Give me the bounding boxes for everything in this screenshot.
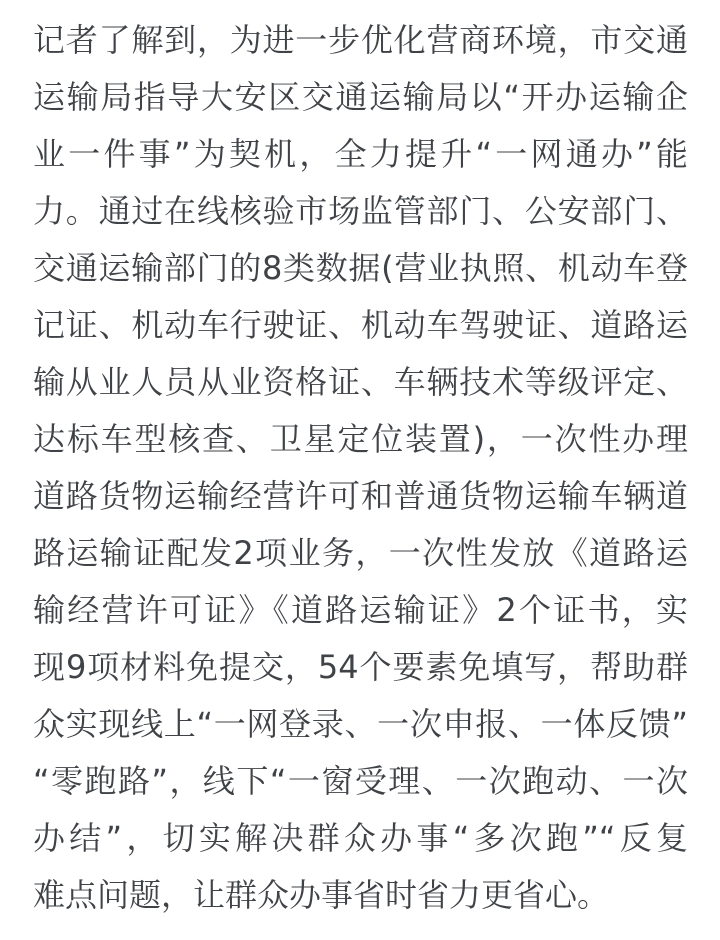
text-line: 交通运输部门的8类数据(营业执照、机动车登 xyxy=(33,240,688,297)
text-line: 输经营许可证》《道路运输证》2个证书，实 xyxy=(33,582,688,639)
text-line: 输从业人员从业资格证、车辆技术等级评定、 xyxy=(33,354,688,411)
text-line: 道路货物运输经营许可和普通货物运输车辆道 xyxy=(33,468,688,525)
article-body: 记者了解到，为进一步优化营商环境，市交通 运输局指导大安区交通运输局以“开办运输… xyxy=(0,0,720,924)
text-line: 达标车型核查、卫星定位装置)，一次性办理 xyxy=(33,411,688,468)
text-line: 力。通过在线核验市场监管部门、公安部门、 xyxy=(33,183,688,240)
text-line: 业一件事”为契机，全力提升“一网通办”能 xyxy=(33,126,688,183)
text-line: 记者了解到，为进一步优化营商环境，市交通 xyxy=(33,12,688,69)
text-line: “零跑路”，线下“一窗受理、一次跑动、一次 xyxy=(33,753,688,810)
text-line: 路运输证配发2项业务，一次性发放《道路运 xyxy=(33,525,688,582)
text-line: 记证、机动车行驶证、机动车驾驶证、道路运 xyxy=(33,297,688,354)
text-line: 运输局指导大安区交通运输局以“开办运输企 xyxy=(33,69,688,126)
text-line: 办结”，切实解决群众办事“多次跑”“反复跑”的 xyxy=(33,810,688,867)
text-line: 难点问题，让群众办事省时省力更省心。 xyxy=(33,867,688,924)
text-line: 众实现线上“一网登录、一次申报、一体反馈” xyxy=(33,696,688,753)
text-line: 现9项材料免提交，54个要素免填写，帮助群 xyxy=(33,639,688,696)
